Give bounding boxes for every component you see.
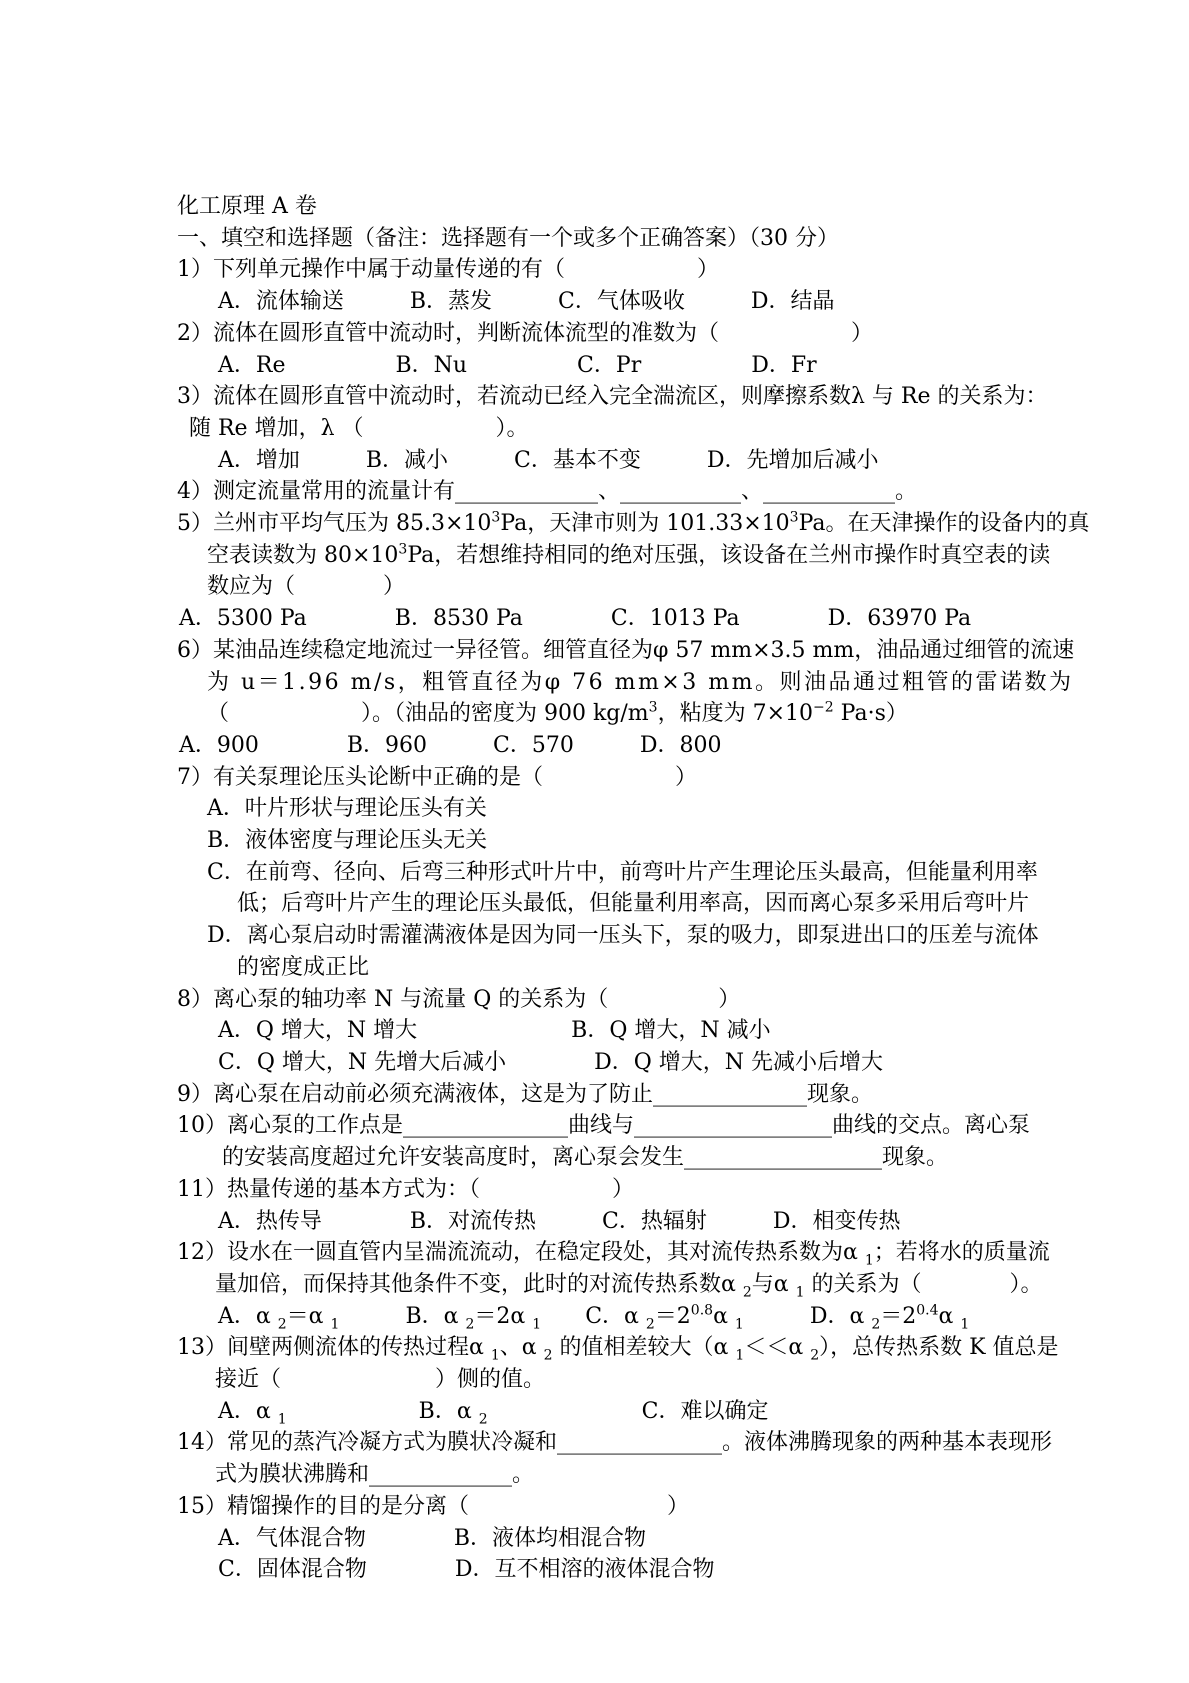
q4-text: 4）测定流量常用的流量计有_____________、___________、_… xyxy=(177,476,1057,508)
q2-options: A．Re B．Nu C．Pr D．Fr xyxy=(177,350,1057,382)
q14-text-line2: 式为膜状沸腾和_____________。 xyxy=(177,1459,1057,1491)
q7-option-c-line1: C．在前弯、径向、后弯三种形式叶片中，前弯叶片产生理论压头最高，但能量利用率 xyxy=(177,857,1057,889)
exam-page: 化工原理 A 卷一、填空和选择题（备注：选择题有一个或多个正确答案）（30 分）… xyxy=(0,0,1189,1683)
q15-options-cd: C．固体混合物 D．互不相溶的液体混合物 xyxy=(177,1554,1057,1586)
q3-text-line2: 随 Re 增加，λ （ ）。 xyxy=(177,413,1057,445)
q5-text-line2: 空表读数为 80×103Pa，若想维持相同的绝对压强，该设备在兰州市操作时真空表… xyxy=(177,540,1057,572)
q12-text-line2: 量加倍，而保持其他条件不变，此时的对流传热系数α 2与α 1 的关系为（ ）。 xyxy=(177,1269,1057,1301)
q10-text-line2: 的安装高度超过允许安装高度时，离心泵会发生__________________现… xyxy=(177,1142,1057,1174)
q8-options-cd: C．Q 增大，N 先增大后减小 D．Q 增大，N 先减小后增大 xyxy=(177,1047,1057,1079)
q5-text-line3: 数应为（ ） xyxy=(177,571,1057,603)
q8-options-ab: A．Q 增大，N 增大 B．Q 增大，N 减小 xyxy=(177,1015,1057,1047)
exam-title: 化工原理 A 卷 xyxy=(177,191,1057,223)
q13-text-line2: 接近（ ）侧的值。 xyxy=(177,1364,1057,1396)
q12-text-line1: 12）设水在一圆直管内呈湍流流动，在稳定段处，其对流传热系数为α 1；若将水的质… xyxy=(177,1237,1057,1269)
q5-text-line1: 5）兰州市平均气压为 85.3×103Pa，天津市则为 101.33×103Pa… xyxy=(177,508,1057,540)
q15-options-ab: A．气体混合物 B．液体均相混合物 xyxy=(177,1523,1057,1555)
q3-text-line1: 3）流体在圆形直管中流动时，若流动已经入完全湍流区，则摩擦系数λ 与 Re 的关… xyxy=(177,381,1057,413)
section-1-heading: 一、填空和选择题（备注：选择题有一个或多个正确答案）（30 分） xyxy=(177,223,1057,255)
q9-text: 9）离心泵在启动前必须充满液体，这是为了防止______________现象。 xyxy=(177,1079,1057,1111)
q15-text: 15）精馏操作的目的是分离（ ） xyxy=(177,1491,1057,1523)
q11-options: A．热传导 B．对流传热 C．热辐射 D．相变传热 xyxy=(177,1206,1057,1238)
q7-option-a: A．叶片形状与理论压头有关 xyxy=(177,793,1057,825)
q6-text-line3: （ ）。（油品的密度为 900 kg/m3，粘度为 7×10−2 Pa·s） xyxy=(177,698,1057,730)
q13-options: A．α 1 B．α 2 C．难以确定 xyxy=(177,1396,1057,1428)
q13-text-line1: 13）间壁两侧流体的传热过程α 1、α 2 的值相差较大（α 1＜＜α 2），总… xyxy=(177,1332,1057,1364)
q7-option-b: B．液体密度与理论压头无关 xyxy=(177,825,1057,857)
q2-text: 2）流体在圆形直管中流动时，判断流体流型的准数为（ ） xyxy=(177,318,1057,350)
exam-body: 化工原理 A 卷一、填空和选择题（备注：选择题有一个或多个正确答案）（30 分）… xyxy=(177,191,1057,1586)
q3-options: A．增加 B．减小 C．基本不变 D．先增加后减小 xyxy=(177,445,1057,477)
q1-text: 1）下列单元操作中属于动量传递的有（ ） xyxy=(177,254,1057,286)
q14-text-line1: 14）常见的蒸汽冷凝方式为膜状冷凝和_______________。液体沸腾现象… xyxy=(177,1427,1057,1459)
q7-option-d-line1: D．离心泵启动时需灌满液体是因为同一压头下，泵的吸力，即泵进出口的压差与流体 xyxy=(177,920,1057,952)
q12-options: A．α 2＝α 1 B．α 2＝2α 1 C．α 2＝20.8α 1 D．α 2… xyxy=(177,1301,1057,1333)
q7-option-d-line2: 的密度成正比 xyxy=(177,952,1057,984)
q1-options: A．流体输送 B．蒸发 C．气体吸收 D．结晶 xyxy=(177,286,1057,318)
q6-text-line2: 为 u＝1.96 m/s，粗管直径为φ 76 mm×3 mm。则油品通过粗管的雷… xyxy=(177,667,1057,699)
q7-text: 7）有关泵理论压头论断中正确的是（ ） xyxy=(177,762,1057,794)
q5-options: A．5300 Pa B．8530 Pa C．1013 Pa D．63970 Pa xyxy=(177,603,1057,635)
q8-text: 8）离心泵的轴功率 N 与流量 Q 的关系为（ ） xyxy=(177,984,1057,1016)
q6-options: A．900 B．960 C．570 D．800 xyxy=(177,730,1057,762)
q7-option-c-line2: 低；后弯叶片产生的理论压头最低，但能量利用率高，因而离心泵多采用后弯叶片 xyxy=(177,888,1057,920)
q6-text-line1: 6）某油品连续稳定地流过一异径管。细管直径为φ 57 mm×3.5 mm，油品通… xyxy=(177,635,1057,667)
q10-text-line1: 10）离心泵的工作点是_______________曲线与___________… xyxy=(177,1110,1057,1142)
q11-text: 11）热量传递的基本方式为：（ ） xyxy=(177,1174,1057,1206)
